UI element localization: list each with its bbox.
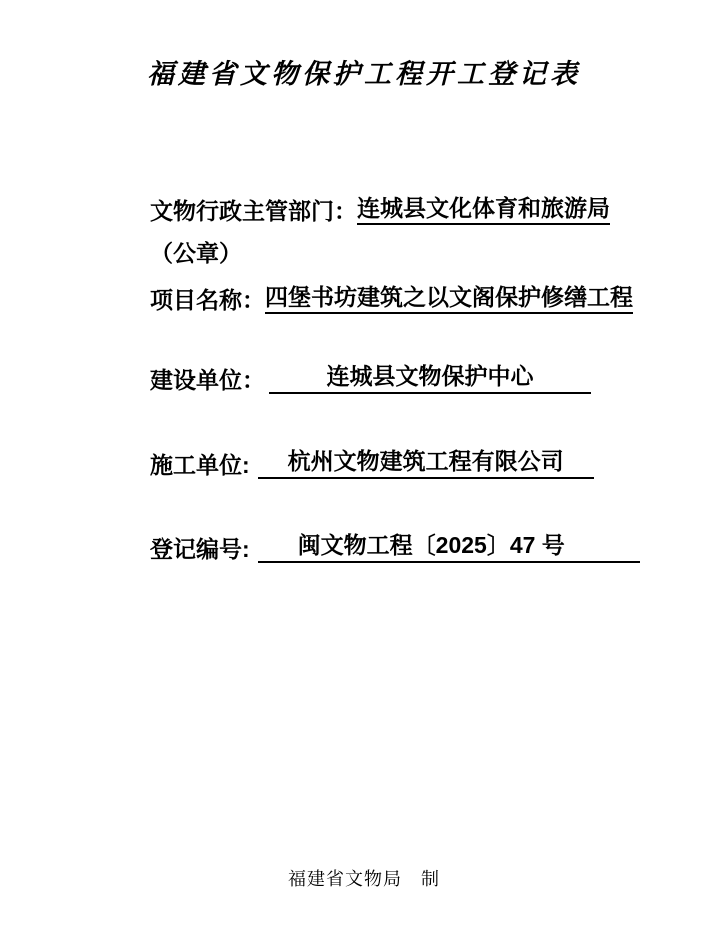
seal-note-text: （公章） xyxy=(150,239,242,267)
field-construction-unit: 建设单位：连城县文物保护中心 xyxy=(150,362,591,394)
field-registration-number: 登记编号:闽文物工程〔2025〕47 号 xyxy=(150,531,640,563)
field-contractor-unit: 施工单位:杭州文物建筑工程有限公司 xyxy=(150,447,594,479)
registration-number-label: 登记编号: xyxy=(150,535,250,563)
page-title: 福建省文物保护工程开工登记表 xyxy=(0,52,728,91)
authority-label: 文物行政主管部门： xyxy=(150,197,357,225)
construction-unit-value: 连城县文物保护中心 xyxy=(269,362,591,394)
project-name-label: 项目名称： xyxy=(150,286,265,314)
authority-value: 连城县文化体育和旅游局 xyxy=(357,194,610,225)
document-page: 福建省文物保护工程开工登记表 文物行政主管部门：连城县文化体育和旅游局 （公章）… xyxy=(0,0,728,934)
field-project-name: 项目名称：四堡书坊建筑之以文阁保护修缮工程 xyxy=(150,283,633,314)
footer-issuer: 福建省文物局 制 xyxy=(0,865,728,891)
construction-unit-label: 建设单位： xyxy=(150,366,265,394)
contractor-unit-value: 杭州文物建筑工程有限公司 xyxy=(258,447,594,479)
contractor-unit-label: 施工单位: xyxy=(150,451,250,479)
field-authority-seal-note: （公章） xyxy=(150,239,242,267)
project-name-value: 四堡书坊建筑之以文阁保护修缮工程 xyxy=(265,283,633,314)
field-authority: 文物行政主管部门：连城县文化体育和旅游局 xyxy=(150,194,610,225)
registration-number-value: 闽文物工程〔2025〕47 号 xyxy=(258,531,640,563)
